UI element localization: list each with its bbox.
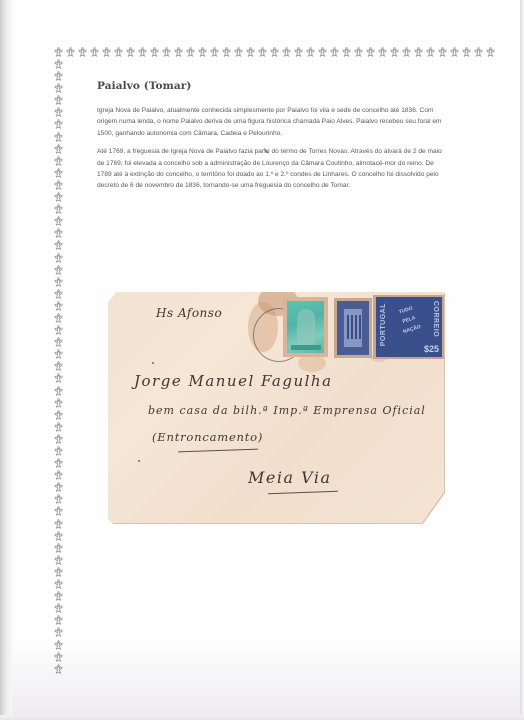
ornament-icon — [293, 46, 305, 58]
ornament-icon — [53, 312, 65, 324]
address-town: (Entroncamento) — [152, 430, 263, 444]
ornament-icon — [53, 518, 65, 530]
ornament-icon — [365, 46, 377, 58]
ornament-icon — [53, 493, 65, 505]
ornament-icon — [53, 385, 65, 397]
ornament-icon — [53, 397, 65, 409]
ornament-icon — [53, 530, 65, 542]
ornament-icon — [377, 46, 389, 58]
ornament-icon — [125, 46, 137, 58]
ornament-icon — [77, 46, 89, 58]
page-bottom-edge — [0, 715, 524, 720]
ornament-icon — [53, 70, 65, 82]
ornamental-border-top — [53, 46, 497, 56]
ornament-icon — [53, 554, 65, 566]
ornament-icon — [53, 542, 65, 554]
ornament-icon — [485, 46, 497, 58]
ornament-icon — [89, 46, 101, 58]
ornament-icon — [209, 46, 221, 58]
ornament-icon — [53, 131, 65, 143]
ornament-icon — [317, 46, 329, 58]
ornament-icon — [53, 300, 65, 312]
portugal-correio-stamp: PORTUGAL TUDO PELA NAÇÃO CORREIO $25 — [373, 295, 444, 359]
page-bottom-shade — [12, 640, 520, 715]
ornament-icon — [53, 578, 65, 590]
ornament-icon — [185, 46, 197, 58]
ornament-icon — [437, 46, 449, 58]
scanned-page: Paialvo (Tomar) Igreja Nova de Paialvo, … — [0, 0, 524, 720]
ornament-icon — [53, 433, 65, 445]
ornament-icon — [53, 626, 65, 638]
ornament-icon — [53, 445, 65, 457]
ornament-icon — [101, 46, 113, 58]
paragraph-history: Igreja Nova de Paialvo, atualmente conhe… — [97, 105, 442, 139]
speck — [152, 362, 154, 364]
ornament-icon — [137, 46, 149, 58]
address-line: bem casa da bilh.ª Imp.ª Emprensa Oficia… — [148, 404, 426, 417]
envelope: PORTUGAL TUDO PELA NAÇÃO CORREIO $25 Hs … — [108, 292, 444, 523]
ornament-icon — [221, 46, 233, 58]
ornament-icon — [53, 457, 65, 469]
ornament-icon — [281, 46, 293, 58]
ornament-icon — [53, 264, 65, 276]
stamp-service: CORREIO — [432, 301, 439, 337]
ornament-icon — [53, 179, 65, 191]
underline — [268, 491, 338, 494]
ornament-icon — [53, 505, 65, 517]
ornament-icon — [53, 46, 65, 58]
ornament-icon — [53, 663, 65, 675]
page-left-edge — [0, 0, 12, 720]
document-text: Paialvo (Tomar) Igreja Nova de Paialvo, … — [97, 80, 442, 199]
ornament-icon — [53, 409, 65, 421]
ornament-icon — [53, 58, 65, 70]
ornament-icon — [245, 46, 257, 58]
ornament-icon — [53, 239, 65, 251]
ornament-icon — [53, 602, 65, 614]
ornament-icon — [53, 421, 65, 433]
ornament-icon — [53, 252, 65, 264]
ornament-icon — [425, 46, 437, 58]
ornament-icon — [197, 46, 209, 58]
ornament-icon — [53, 203, 65, 215]
ornament-icon — [329, 46, 341, 58]
destination-city: Meia Via — [248, 468, 332, 487]
ornament-icon — [53, 469, 65, 481]
ornament-icon — [53, 94, 65, 106]
ornament-icon — [53, 651, 65, 663]
underline — [178, 449, 258, 453]
ornament-icon — [389, 46, 401, 58]
ornament-icon — [53, 348, 65, 360]
ornament-icon — [53, 118, 65, 130]
ornament-icon — [53, 324, 65, 336]
ornament-icon — [449, 46, 461, 58]
green-stamp — [283, 297, 328, 357]
ornament-icon — [53, 167, 65, 179]
ornament-icon — [53, 288, 65, 300]
ornament-icon — [53, 639, 65, 651]
ornament-icon — [401, 46, 413, 58]
ornamental-border-left — [53, 58, 63, 675]
stamp-motto: TUDO PELA NAÇÃO — [391, 301, 427, 338]
ornament-icon — [305, 46, 317, 58]
addressee-name: Jorge Manuel Fagulha — [134, 372, 333, 390]
ornament-icon — [53, 82, 65, 94]
ornament-icon — [53, 360, 65, 372]
sender-note: Hs Afonso — [156, 306, 222, 320]
page-title: Paialvo (Tomar) — [97, 80, 442, 92]
stray-mark-icon — [264, 148, 269, 154]
ornament-icon — [353, 46, 365, 58]
ornament-icon — [53, 372, 65, 384]
ornament-icon — [53, 566, 65, 578]
ornament-icon — [53, 481, 65, 493]
ornament-icon — [413, 46, 425, 58]
ornament-icon — [341, 46, 353, 58]
ornament-icon — [53, 191, 65, 203]
page-right-edge — [520, 0, 522, 720]
stamp-country: PORTUGAL — [380, 303, 387, 346]
ornament-icon — [53, 227, 65, 239]
stamp-value: $25 — [424, 344, 439, 354]
ornament-icon — [233, 46, 245, 58]
ornament-icon — [53, 215, 65, 227]
ornament-icon — [53, 276, 65, 288]
ornament-icon — [53, 106, 65, 118]
ornament-icon — [161, 46, 173, 58]
ornament-icon — [53, 143, 65, 155]
blue-architecture-stamp — [334, 298, 372, 358]
ornament-icon — [473, 46, 485, 58]
ornament-icon — [149, 46, 161, 58]
paragraph-concelho: Até 1769, a freguesia de Igreja Nova de … — [97, 146, 442, 192]
ornament-icon — [257, 46, 269, 58]
ornament-icon — [53, 336, 65, 348]
ornament-icon — [53, 614, 65, 626]
ornament-icon — [173, 46, 185, 58]
speck — [138, 460, 140, 462]
ornament-icon — [269, 46, 281, 58]
ornament-icon — [113, 46, 125, 58]
ornament-icon — [461, 46, 473, 58]
ornament-icon — [53, 155, 65, 167]
ornament-icon — [65, 46, 77, 58]
ornament-icon — [53, 590, 65, 602]
